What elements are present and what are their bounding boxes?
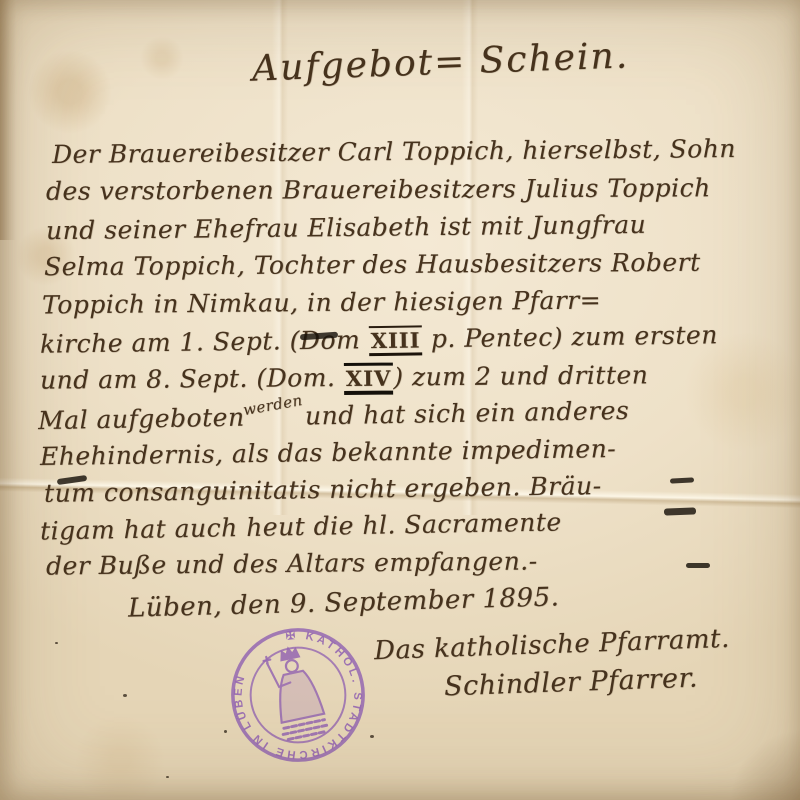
paper-speck <box>55 642 58 644</box>
roman-numeral-xiv: XIV <box>344 363 394 395</box>
line-6-text: kirche am 1. Sept. (Dom <box>40 325 369 359</box>
document-photo: Aufgebot= Schein. Der Brauereibesitzer C… <box>0 0 800 800</box>
paper-speck <box>123 694 127 697</box>
line-8-text: und hat sich ein anderes <box>296 396 629 431</box>
paper-corner-shadow <box>730 730 800 800</box>
paper-speck <box>166 776 169 778</box>
body-line-2: des verstorbenen Brauereibesitzers Juliu… <box>46 173 711 205</box>
document-title: Aufgebot= Schein. <box>251 35 629 89</box>
madonna-figure-icon <box>262 644 329 741</box>
body-line-3: und seiner Ehefrau Elisabeth ist mit Jun… <box>46 210 646 245</box>
line-7-text: und am 8. Sept. (Dom. <box>40 363 344 395</box>
body-line-5: Toppich in Nimkau, in der hiesigen Pfarr… <box>42 286 601 320</box>
inserted-word-werden: werden <box>241 391 303 419</box>
body-line-9: Ehehindernis, als das bekannte impedimen… <box>40 434 617 471</box>
line-8-text: Mal aufgeboten <box>38 403 245 436</box>
body-line-4: Selma Toppich, Tochter des Hausbesitzers… <box>44 248 701 282</box>
line-7-text: ) zum 2 und dritten <box>393 360 648 391</box>
roman-numeral-xiii: XIII <box>368 325 422 356</box>
body-line-7: und am 8. Sept. (Dom. XIV) zum 2 und dri… <box>40 360 649 394</box>
ink-dash-mark <box>686 563 710 568</box>
body-line-12: der Buße und des Altars empfangen.- <box>46 546 538 580</box>
closing-line: Das katholische Pfarramt. <box>374 624 731 666</box>
line-6-text: p. Pentec) zum ersten <box>422 320 718 353</box>
body-line-6: kirche am 1. Sept. (Dom XIII p. Pentec) … <box>40 320 718 358</box>
parish-seal-stamp: ✠ KATHOL. STADTKIRCHE IN LÜBEN <box>224 616 372 778</box>
paper-edge-shadow <box>0 0 16 240</box>
body-line-11: tigam hat auch heut die hl. Sacramente <box>40 507 562 545</box>
signature: Schindler Pfarrer. <box>444 663 699 703</box>
ink-dash-mark <box>664 507 696 515</box>
body-line-1: Der Brauereibesitzer Carl Toppich, hiers… <box>52 134 736 169</box>
body-line-8: Mal aufgebotenwerden und hat sich ein an… <box>38 396 630 435</box>
seal-graphic: ✠ KATHOL. STADTKIRCHE IN LÜBEN <box>224 616 372 778</box>
ink-dash-mark <box>670 477 694 483</box>
